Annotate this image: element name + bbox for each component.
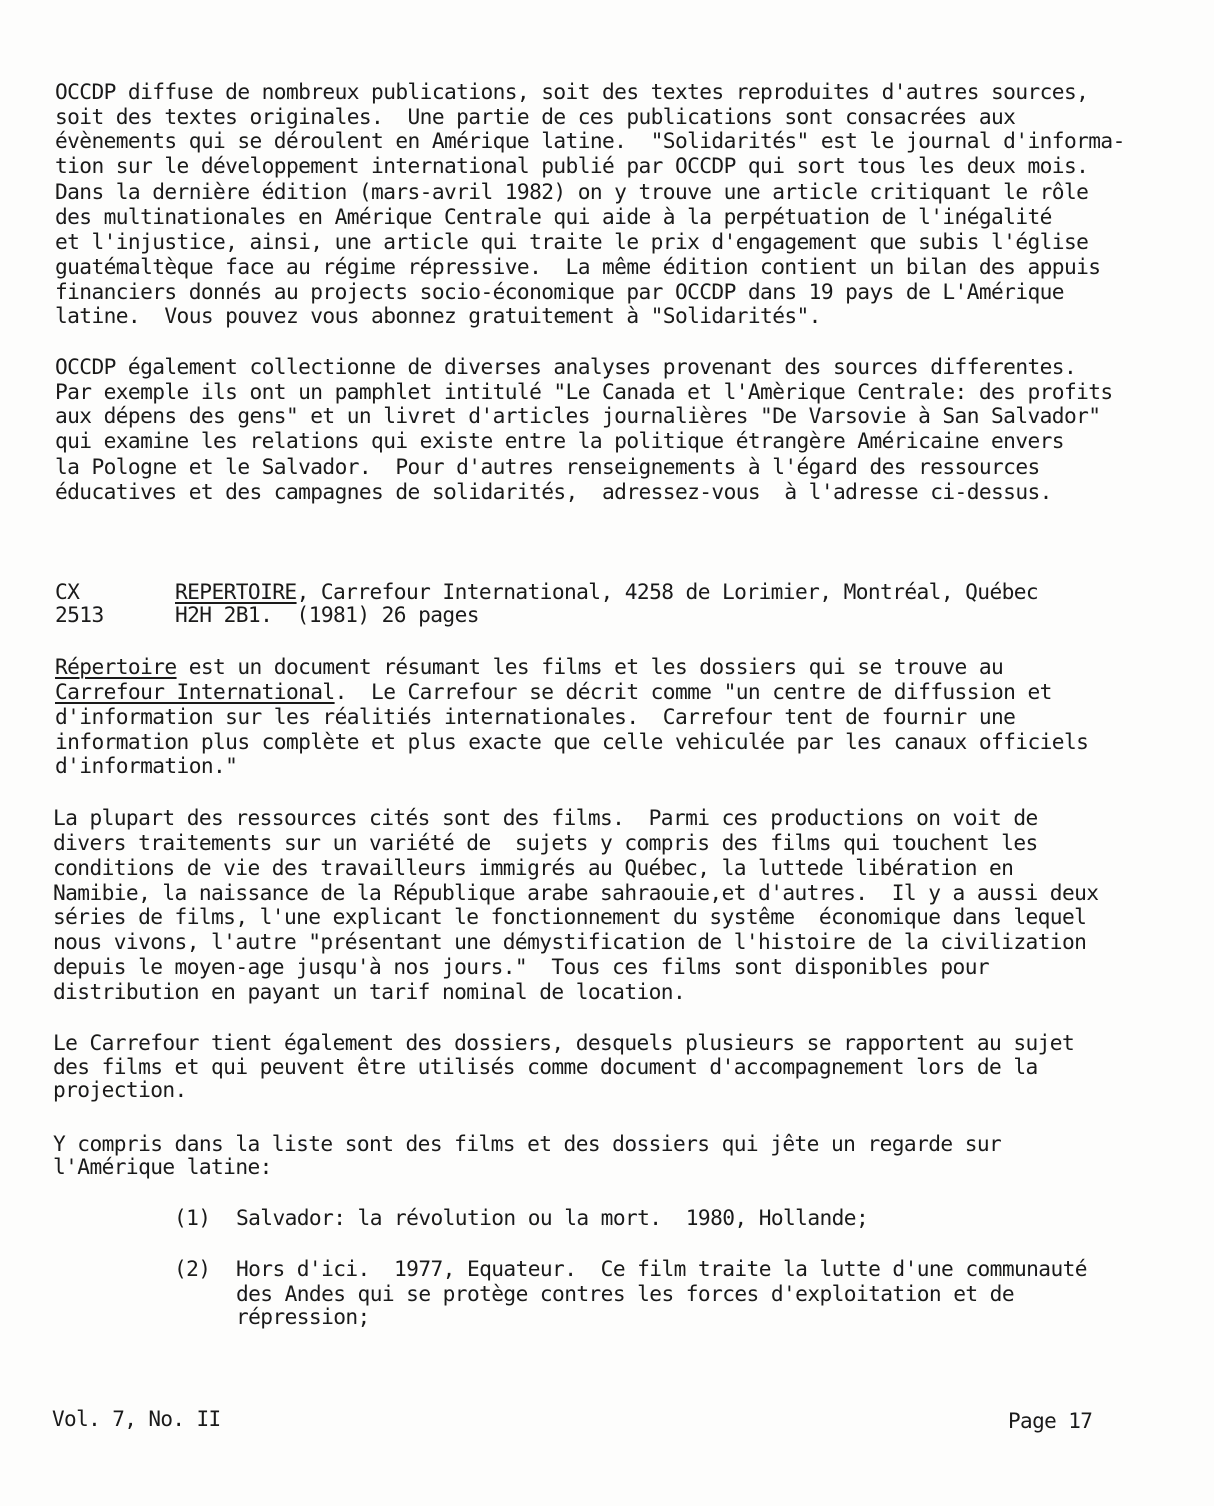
entry-code: CX bbox=[55, 580, 79, 604]
text-line: OCCDP également collectionne de diverses… bbox=[55, 355, 1076, 379]
text-line: qui examine les relations qui existe ent… bbox=[55, 429, 1064, 453]
text-line: Dans la dernière édition (mars-avril 198… bbox=[55, 180, 1088, 204]
text-line: Le Carrefour tient également des dossier… bbox=[53, 1031, 1074, 1055]
text-line: conditions de vie des travailleurs immig… bbox=[53, 856, 1013, 880]
text-line: la Pologne et le Salvador. Pour d'autres… bbox=[55, 455, 1040, 479]
text-line: séries de films, l'une explicant le fonc… bbox=[53, 905, 1086, 929]
text-line: information plus complète et plus exacte… bbox=[55, 730, 1088, 754]
text-line: La plupart des ressources cités sont des… bbox=[53, 806, 1038, 830]
text-line: guatémaltèque face au régime répressive.… bbox=[55, 255, 1100, 279]
entry-citation-line2: H2H 2B1. (1981) 26 pages bbox=[175, 603, 479, 627]
text-line: des films et qui peuvent être utilisés c… bbox=[53, 1055, 1038, 1079]
text-line: Y compris dans la liste sont des films e… bbox=[53, 1132, 1001, 1156]
text-line: soit des textes originales. Une partie d… bbox=[55, 105, 1015, 129]
text-span: est un document résumant les films et le… bbox=[177, 654, 1004, 679]
text-line: d'information." bbox=[55, 754, 237, 778]
text-line: Namibie, la naissance de la République a… bbox=[53, 881, 1098, 905]
list-item-text: répression; bbox=[236, 1305, 370, 1329]
list-number: (1) bbox=[174, 1206, 210, 1230]
text-line: Par exemple ils ont un pamphlet intitulé… bbox=[55, 380, 1113, 404]
list-item-text: Hors d'ici. 1977, Equateur. Ce film trai… bbox=[236, 1257, 1087, 1281]
text-line: latine. Vous pouvez vous abonnez gratuit… bbox=[55, 304, 821, 328]
entry-number: 2513 bbox=[55, 603, 104, 627]
text-line: des multinationales en Amérique Centrale… bbox=[55, 205, 1052, 229]
text-line: Carrefour International. Le Carrefour se… bbox=[55, 680, 1052, 704]
text-line: financiers donnés au projects socio-écon… bbox=[55, 280, 1064, 304]
footer-volume: Vol. 7, No. II bbox=[52, 1407, 221, 1431]
entry-title: REPERTOIRE bbox=[175, 579, 297, 604]
list-number: (2) bbox=[174, 1257, 210, 1281]
text-line: d'information sur les réalitiés internat… bbox=[55, 705, 1015, 729]
underlined-name: Carrefour International bbox=[55, 679, 335, 704]
text-line: et l'injustice, ainsi, une article qui t… bbox=[55, 230, 1088, 254]
text-line: l'Amérique latine: bbox=[53, 1155, 272, 1179]
text-line: éducatives et des campagnes de solidarit… bbox=[55, 480, 1052, 504]
text-line: divers traitements sur un variété de suj… bbox=[53, 831, 1038, 855]
list-item-text: Salvador: la révolution ou la mort. 1980… bbox=[236, 1206, 868, 1230]
text-line: depuis le moyen-age jusqu'à nos jours." … bbox=[53, 955, 989, 979]
text-span: . Le Carrefour se décrit comme "un centr… bbox=[335, 679, 1052, 704]
text-line: nous vivons, l'autre "présentant une dém… bbox=[53, 930, 1086, 954]
text-line: OCCDP diffuse de nombreux publications, … bbox=[55, 80, 1088, 104]
text-line: aux dépens des gens" et un livret d'arti… bbox=[55, 404, 1100, 428]
entry-citation: REPERTOIRE, Carrefour International, 425… bbox=[175, 580, 1038, 604]
list-item-text: des Andes qui se protège contres les for… bbox=[236, 1282, 1014, 1306]
text-line: Répertoire est un document résumant les … bbox=[55, 655, 1003, 679]
underlined-title: Répertoire bbox=[55, 654, 177, 679]
text-line: projection. bbox=[53, 1078, 187, 1102]
text-line: tion sur le développement international … bbox=[55, 154, 1088, 178]
footer-page-number: Page 17 bbox=[1008, 1409, 1092, 1433]
text-line: distribution en payant un tarif nominal … bbox=[53, 980, 685, 1004]
entry-publisher-address: , Carrefour International, 4258 de Lorim… bbox=[297, 579, 1039, 604]
text-line: évènements qui se déroulent en Amérique … bbox=[55, 129, 1125, 153]
